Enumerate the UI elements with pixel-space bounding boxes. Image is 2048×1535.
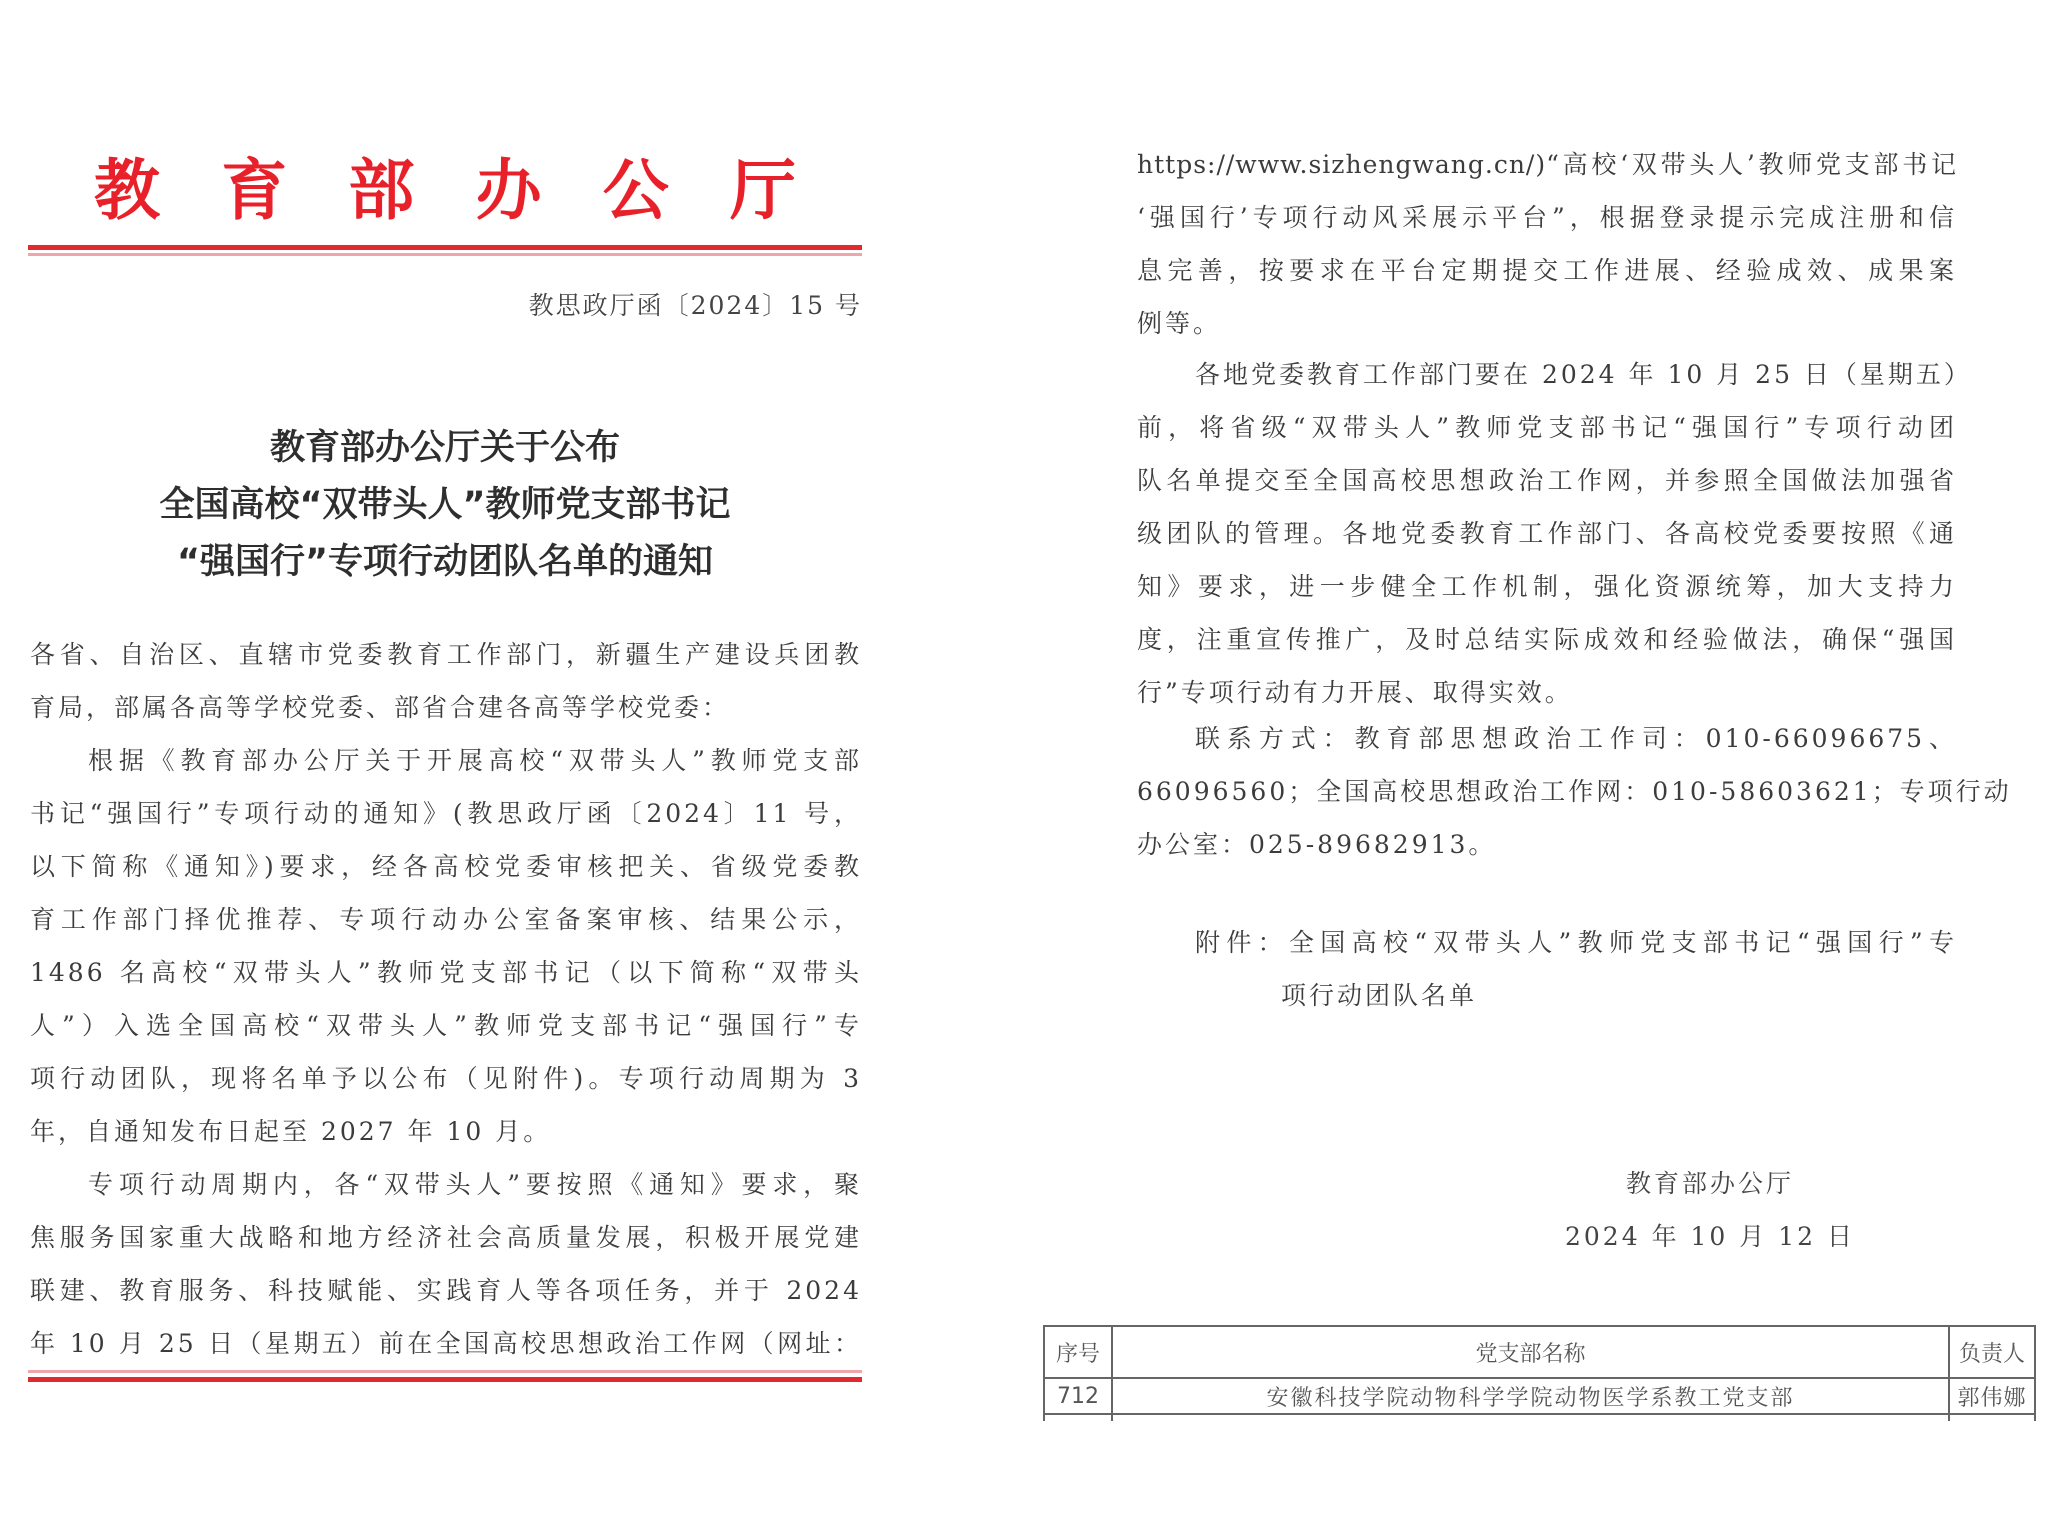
footer-rule-thin (28, 1370, 862, 1373)
cell-serial-number: 712 (1044, 1378, 1112, 1414)
table-header-row: 序号 党支部名称 负责人 (1044, 1326, 2035, 1378)
text-line: 年 10 月 25 日（星期五）前在全国高校思想政治工作网（网址： (30, 1317, 862, 1370)
text-line: 办公室：025-89682913。 (1137, 818, 1957, 871)
text-line: 联系方式：教育部思想政治工作司：010-66096675、 (1137, 712, 1957, 765)
text-line: 育局，部属各高等学校党委、部省合建各高等学校党委： (30, 681, 862, 734)
text-line: 联建、教育服务、科技赋能、实践育人等各项任务，并于 2024 (30, 1264, 862, 1317)
letterhead-rule-thin (28, 253, 862, 256)
letterhead: 教 育 部 办 公 厅 (28, 140, 862, 240)
team-list-table: 序号 党支部名称 负责人 712 安徽科技学院动物科学学院动物医学系教工党支部 … (1043, 1325, 2036, 1421)
text-line: 人”）入选全国高校“双带头人”教师党支部书记“强国行”专 (30, 999, 862, 1052)
header-leader: 负责人 (1949, 1326, 2035, 1378)
text-line: 书记“强国行”专项行动的通知》(教思政厅函〔2024〕11 号， (30, 787, 862, 840)
attachment-note: 附件：全国高校“双带头人”教师党支部书记“强国行”专 项行动团队名单 (1195, 916, 1957, 1022)
text-line: 焦服务国家重大战略和地方经济社会高质量发展，积极开展党建 (30, 1211, 862, 1264)
paragraph-departments: 各地党委教育工作部门要在 2024 年 10 月 25 日（星期五） 前，将省级… (1137, 348, 1957, 719)
text-line: 1486 名高校“双带头人”教师党支部书记（以下简称“双带头 (30, 946, 862, 999)
text-line: 前，将省级“双带头人”教师党支部书记“强国行”专项行动团 (1137, 401, 1957, 454)
letterhead-rule-thick (28, 245, 862, 250)
header-serial-number: 序号 (1044, 1326, 1112, 1378)
title-line: 全国高校“双带头人”教师党支部书记 (28, 477, 862, 534)
text-line: 度，注重宣传推广，及时总结实际成效和经验做法，确保“强国 (1137, 613, 1957, 666)
text-line: 各地党委教育工作部门要在 2024 年 10 月 25 日（星期五） (1137, 348, 1957, 401)
signature-issuer: 教育部办公厅 (1530, 1164, 1890, 1200)
signature-date: 2024 年 10 月 12 日 (1530, 1217, 1890, 1253)
text-line: 专项行动周期内，各“双带头人”要按照《通知》要求，聚 (30, 1158, 862, 1211)
document-title: 教育部办公厅关于公布 全国高校“双带头人”教师党支部书记 “强国行”专项行动团队… (28, 420, 862, 591)
letterhead-char: 厅 (730, 157, 796, 223)
letterhead-char: 部 (348, 157, 414, 223)
cell-branch-name: 安徽科技学院动物科学学院动物医学系教工党支部 (1112, 1378, 1949, 1414)
salutation: 各省、自治区、直辖市党委教育工作部门，新疆生产建设兵团教 育局，部属各高等学校党… (30, 628, 862, 734)
text-line: 知》要求，进一步健全工作机制，强化资源统筹，加大支持力 (1137, 560, 1957, 613)
footer-rule-thick (28, 1377, 862, 1382)
text-line: 附件：全国高校“双带头人”教师党支部书记“强国行”专 (1195, 916, 1957, 969)
title-line: 教育部办公厅关于公布 (28, 420, 862, 477)
text-line: 以下简称《通知》)要求，经各高校党委审核把关、省级党委教 (30, 840, 862, 893)
text-line: 项行动团队，现将名单予以公布（见附件)。专项行动周期为 3 (30, 1052, 862, 1105)
text-line: 育工作部门择优推荐、专项行动办公室备案审核、结果公示， (30, 893, 862, 946)
text-line: 项行动团队名单 (1195, 969, 1957, 1022)
letterhead-char: 教 (94, 157, 160, 223)
paragraph-basis: 根据《教育部办公厅关于开展高校“双带头人”教师党支部 书记“强国行”专项行动的通… (30, 734, 862, 1158)
text-line: 年，自通知发布日起至 2027 年 10 月。 (30, 1105, 862, 1158)
paragraph-tasks-continued: https://www.sizhengwang.cn/)“高校‘双带头人’教师党… (1137, 138, 1957, 350)
letterhead-char: 育 (221, 157, 287, 223)
text-line: 66096560；全国高校思想政治工作网：010-58603621；专项行动 (1137, 765, 1957, 818)
table-row: 712 安徽科技学院动物科学学院动物医学系教工党支部 郭伟娜 (1044, 1378, 2035, 1414)
text-line: ‘强国行’专项行动风采展示平台”，根据登录提示完成注册和信 (1137, 191, 1957, 244)
table-row-cutoff (1044, 1414, 2035, 1421)
text-line: 队名单提交至全国高校思想政治工作网，并参照全国做法加强省 (1137, 454, 1957, 507)
text-line: 各省、自治区、直辖市党委教育工作部门，新疆生产建设兵团教 (30, 628, 862, 681)
document-number: 教思政厅函〔2024〕15 号 (529, 286, 862, 322)
contact-info: 联系方式：教育部思想政治工作司：010-66096675、 66096560；全… (1137, 712, 1957, 871)
title-line: “强国行”专项行动团队名单的通知 (28, 534, 862, 591)
text-line: 例等。 (1137, 297, 1957, 350)
text-line: 根据《教育部办公厅关于开展高校“双带头人”教师党支部 (30, 734, 862, 787)
text-line: https://www.sizhengwang.cn/)“高校‘双带头人’教师党… (1137, 138, 1957, 191)
letterhead-char: 办 (476, 157, 542, 223)
text-line: 息完善，按要求在平台定期提交工作进展、经验成效、成果案 (1137, 244, 1957, 297)
text-line: 级团队的管理。各地党委教育工作部门、各高校党委要按照《通 (1137, 507, 1957, 560)
header-branch-name: 党支部名称 (1112, 1326, 1949, 1378)
paragraph-tasks: 专项行动周期内，各“双带头人”要按照《通知》要求，聚 焦服务国家重大战略和地方经… (30, 1158, 862, 1370)
cell-leader: 郭伟娜 (1949, 1378, 2035, 1414)
letterhead-char: 公 (603, 157, 669, 223)
